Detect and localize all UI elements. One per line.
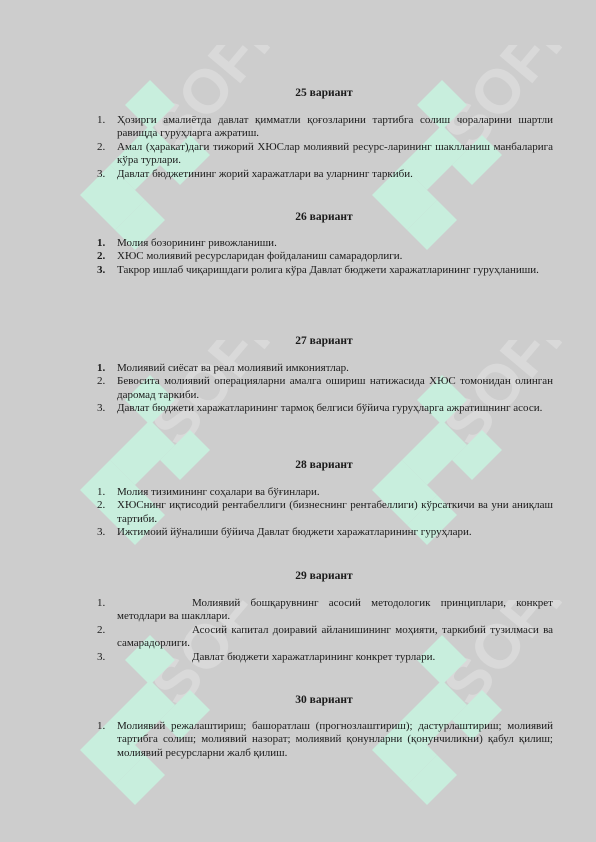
question-item: 1.Молия тизимининг соҳалари ва бўғинлари… [95,486,553,499]
variant-28: 28 вариант 1.Молия тизимининг соҳалари в… [95,458,553,540]
question-item: 2.ХЮСнинг иқтисодий рентабеллиги (бизнес… [95,499,553,526]
question-list: 1.Молия бозорининг ривожланиши. 2.ХЮС мо… [95,237,553,277]
question-item: 2.Бевосита молиявий операцияларни амалга… [95,375,553,402]
question-item: 3.Такрор ишлаб чиқаришдаги ролига кўра Д… [95,264,553,277]
question-item: 1.Молиявий бошқарувнинг асосий методолог… [95,597,553,624]
question-list: 1.Молия тизимининг соҳалари ва бўғинлари… [95,486,553,540]
question-item: 3.Давлат бюджетининг жорий харажатлари в… [95,168,553,181]
question-item: 1. Молиявий сиёсат ва реал молиявий имко… [95,362,553,375]
variant-30: 30 вариант 1.Молиявий режалаштириш; башо… [95,693,553,760]
variant-title: 30 вариант [95,693,553,707]
variant-26: 26 вариант 1.Молия бозорининг ривожланиш… [95,210,553,277]
question-item: 2.Амал (ҳаракат)даги тижорий ХЮСлар моли… [95,141,553,168]
variant-title: 28 вариант [95,458,553,472]
question-item: 2.ХЮС молиявий ресурсларидан фойдаланиш … [95,250,553,263]
variant-27: 27 вариант 1. Молиявий сиёсат ва реал мо… [95,334,553,416]
variant-29: 29 вариант 1.Молиявий бошқарувнинг асоси… [95,569,553,664]
variant-title: 27 вариант [95,334,553,348]
question-item: 1.Молиявий режалаштириш; башоратлаш (про… [95,720,553,760]
question-item: 1. Ҳозирги амалиётда давлат қимматли қоғ… [95,114,553,141]
question-list: 1.Молиявий бошқарувнинг асосий методолог… [95,597,553,664]
question-item: 2.Асосий капитал доиравий айланишининг м… [95,624,553,651]
question-item: 3.Давлат бюджети харажатларининг тармоқ … [95,402,553,415]
question-item: 3.Давлат бюджети харажатларининг конкрет… [95,651,553,664]
question-item: 1.Молия бозорининг ривожланиши. [95,237,553,250]
question-list: 1. Ҳозирги амалиётда давлат қимматли қоғ… [95,114,553,181]
question-item: 3.Ижтимоий йўналиши бўйича Давлат бюджет… [95,526,553,539]
variant-title: 25 вариант [95,86,553,100]
question-list: 1.Молиявий режалаштириш; башоратлаш (про… [95,720,553,760]
variant-25: 25 вариант 1. Ҳозирги амалиётда давлат қ… [95,86,553,181]
variant-title: 29 вариант [95,569,553,583]
question-list: 1. Молиявий сиёсат ва реал молиявий имко… [95,362,553,416]
variant-title: 26 вариант [95,210,553,224]
